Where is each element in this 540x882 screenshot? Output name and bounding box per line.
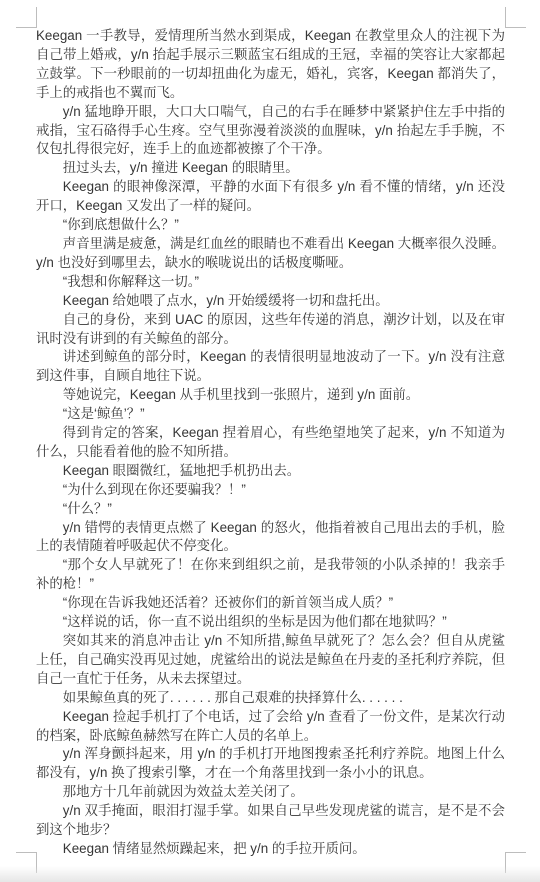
paragraph[interactable]: 如果鲸鱼真的死了. . . . . . 那自己艰难的抉择算什么. . . . .… (36, 689, 505, 708)
paragraph[interactable]: “为什么到现在你还要骗我？！” (36, 481, 505, 500)
paragraph[interactable]: Keegan 给她喂了点水，y/n 开始缓缓将一切和盘托出。 (36, 292, 505, 311)
paragraph[interactable]: Keegan 眼圈微红，猛地把手机扔出去。 (36, 462, 505, 481)
paragraph[interactable]: 得到肯定的答案，Keegan 捏着眉心，有些绝望地笑了起来，y/n 不知道为什么… (36, 424, 505, 462)
paragraph[interactable]: y/n 错愕的表情更点燃了 Keegan 的怒火，他指着被自己甩出去的手机，脸上… (36, 519, 505, 557)
paragraph[interactable]: 扭过头去，y/n 撞进 Keegan 的眼睛里。 (36, 159, 505, 178)
paragraph[interactable]: “我想和你解释这一切。” (36, 273, 505, 292)
paragraph[interactable]: 那地方十几年前就因为效益太差关闭了。 (36, 783, 505, 802)
paragraph[interactable]: “那个女人早就死了！在你来到组织之前，是我带领的小队杀掉的！我亲手补的枪！” (36, 556, 505, 594)
paragraph[interactable]: y/n 猛地睁开眼，大口大口喘气，自己的右手在睡梦中紧紧护住左手中指的戒指，宝石… (36, 103, 505, 160)
paragraph[interactable]: “你到底想做什么？” (36, 216, 505, 235)
page-bottom-edge (0, 866, 540, 882)
paragraph[interactable]: “什么？” (36, 500, 505, 519)
paragraph[interactable]: Keegan 情绪显然烦躁起来，把 y/n 的手拉开质问。 (36, 840, 505, 859)
paragraph[interactable]: “这样说的话，你一直不说出组织的坐标是因为他们都在地狱吗？” (36, 613, 505, 632)
paragraph[interactable]: “你现在告诉我她还活着？还被你们的新首领当成人质？” (36, 594, 505, 613)
paragraph[interactable]: 突如其来的消息冲击让 y/n 不知所措,鲸鱼早就死了？怎么会？但自从虎鲨上任，自… (36, 632, 505, 689)
margin-crop-mark-top-left (16, 7, 37, 28)
paragraph[interactable]: Keegan 捡起手机打了个电话，过了会给 y/n 查看了一份文件，是某次行动的… (36, 708, 505, 746)
paragraph[interactable]: 声音里满是疲惫，满是红血丝的眼睛也不难看出 Keegan 大概率很久没睡。y/n… (36, 235, 505, 273)
paragraph[interactable]: 等她说完，Keegan 从手机里找到一张照片，递到 y/n 面前。 (36, 386, 505, 405)
paragraph[interactable]: Keegan 的眼神像深潭，平静的水面下有很多 y/n 看不懂的情绪，y/n 还… (36, 178, 505, 216)
paragraph[interactable]: Keegan 一手教导，爱情理所当然水到渠成，Keegan 在教堂里众人的注视下… (36, 27, 505, 103)
document-page: Keegan 一手教导，爱情理所当然水到渠成，Keegan 在教堂里众人的注视下… (0, 0, 540, 882)
paragraph[interactable]: y/n 双手掩面，眼泪打湿手掌。如果自己早些发现虎鲨的谎言，是不是不会到这个地步… (36, 802, 505, 840)
margin-crop-mark-bottom-left (16, 852, 37, 873)
margin-crop-mark-bottom-right (505, 852, 526, 873)
paragraph[interactable]: 讲述到鲸鱼的部分时，Keegan 的表情很明显地波动了一下。y/n 没有注意到这… (36, 348, 505, 386)
paragraph[interactable]: y/n 浑身颤抖起来，用 y/n 的手机打开地图搜索圣托利疗养院。地图上什么都没… (36, 745, 505, 783)
document-text-area[interactable]: Keegan 一手教导，爱情理所当然水到渠成，Keegan 在教堂里众人的注视下… (36, 27, 505, 859)
paragraph[interactable]: 自己的身份，来到 UAC 的原因，这些年传递的消息，潮汐计划，以及在审讯时没有讲… (36, 311, 505, 349)
margin-crop-mark-top-right (505, 7, 526, 28)
paragraph[interactable]: “这是‘鲸鱼’？” (36, 405, 505, 424)
